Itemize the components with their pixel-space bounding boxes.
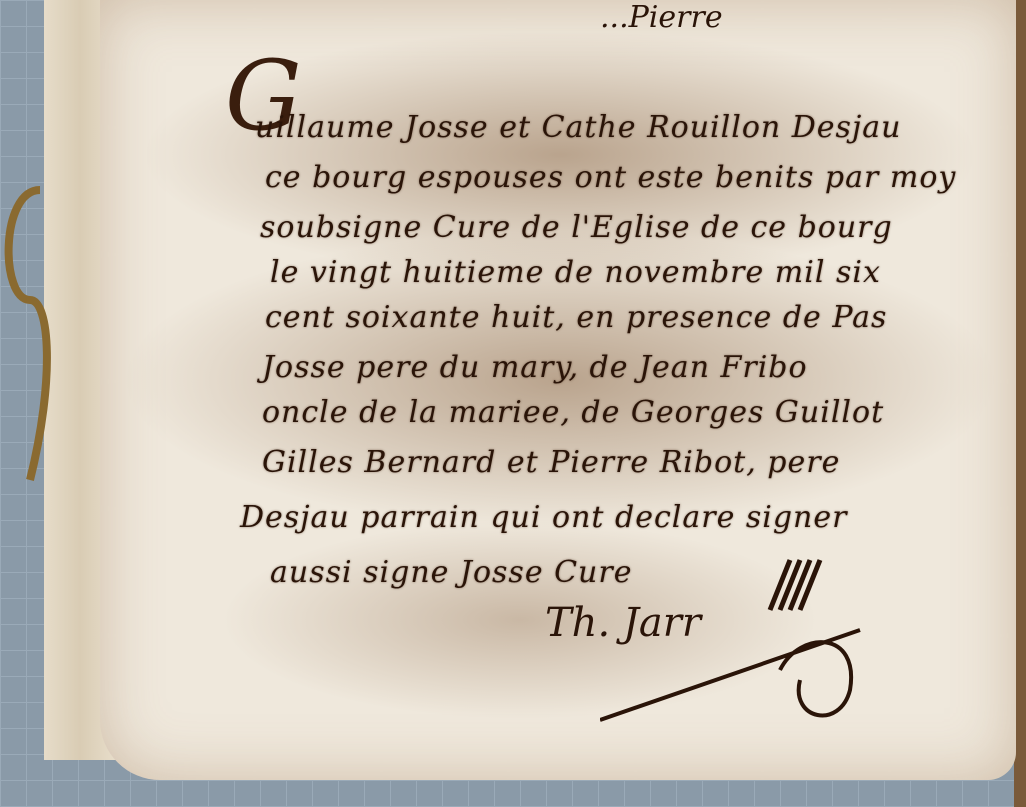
top-fragment: ...Pierre — [600, 0, 723, 35]
paraph-flourish-icon — [600, 550, 870, 740]
text-line: Josse pere du mary, de Jean Fribo — [262, 350, 808, 385]
text-line: le vingt huitieme de novembre mil six — [270, 255, 881, 290]
ribbon-bookmark — [0, 180, 60, 490]
text-line: cent soixante huit, en presence de Pas — [265, 300, 887, 335]
text-line: oncle de la mariee, de Georges Guillot — [262, 395, 884, 430]
text-line: Desjau parrain qui ont declare signer — [240, 500, 847, 535]
text-line: aussi signe Josse Cure — [270, 555, 632, 590]
text-line: soubsigne Cure de l'Eglise de ce bourg — [260, 210, 893, 245]
text-line: ce bourg espouses ont este benits par mo… — [265, 160, 956, 195]
text-line: uillaume Josse et Cathe Rouillon Desjau — [255, 110, 901, 145]
text-line: Gilles Bernard et Pierre Ribot, pere — [262, 445, 840, 480]
